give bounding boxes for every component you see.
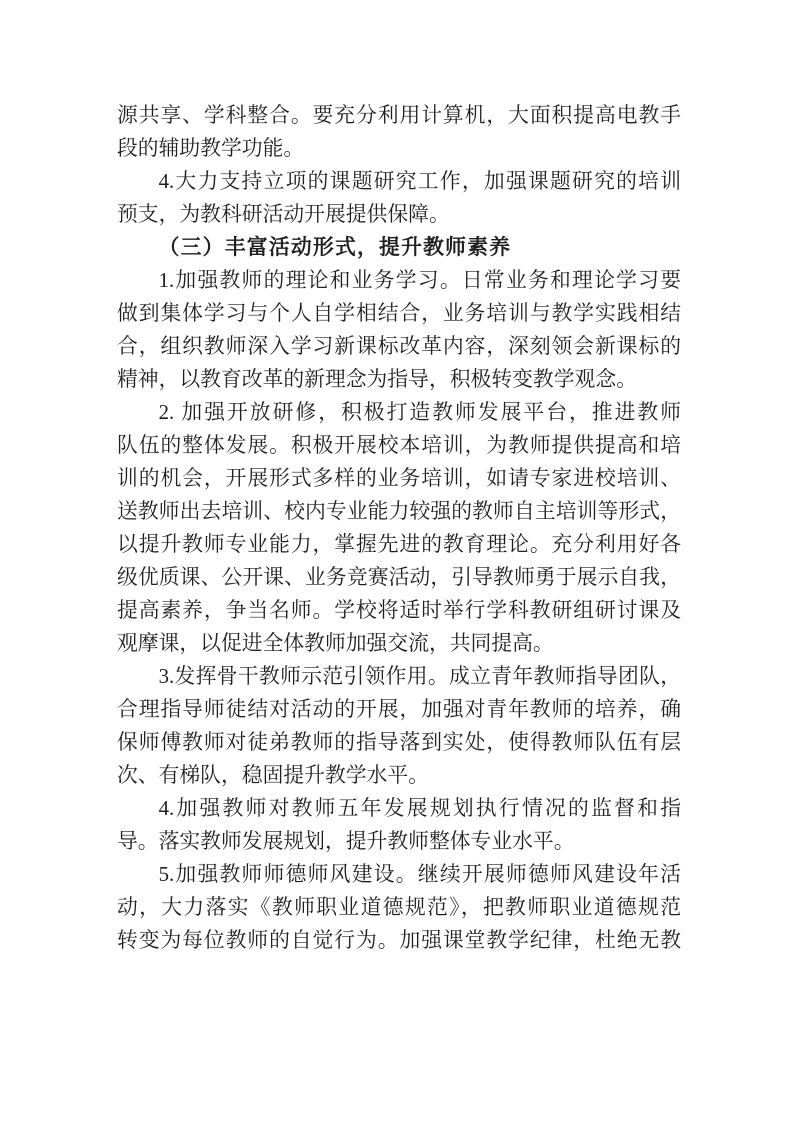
text-line: 动，大力落实《教师职业道德规范》，把教师职业道德规范 — [117, 891, 681, 924]
text-line: 2. 加强开放研修，积极打造教师发展平台，推进教师 — [117, 396, 681, 429]
text-line: 保师傅教师对徒弟教师的指导落到实处，使得教师队伍有层 — [117, 726, 681, 759]
text-line: 合理指导师徒结对活动的开展，加强对青年教师的培养，确 — [117, 693, 681, 726]
text-line: 3.发挥骨干教师示范引领作用。成立青年教师指导团队， — [117, 660, 681, 693]
text-line: 源共享、学科整合。要充分利用计算机，大面积提高电教手 — [117, 99, 681, 132]
text-line: 送教师出去培训、校内专业能力较强的教师自主培训等形式， — [117, 495, 681, 528]
text-line: 提高素养，争当名师。学校将适时举行学科教研组研讨课及 — [117, 594, 681, 627]
text-line: 训的机会，开展形式多样的业务培训，如请专家进校培训、 — [117, 462, 681, 495]
text-line: 合，组织教师深入学习新课标改革内容，深刻领会新课标的 — [117, 330, 681, 363]
text-line: 导。落实教师发展规划，提升教师整体专业水平。 — [117, 825, 681, 858]
text-line: 以提升教师专业能力，掌握先进的教育理论。充分利用好各 — [117, 528, 681, 561]
text-line: 段的辅助教学功能。 — [117, 132, 681, 165]
paragraph: 4.加强教师对教师五年发展规划执行情况的监督和指导。落实教师发展规划，提升教师整… — [117, 792, 681, 858]
paragraph: 1.加强教师的理论和业务学习。日常业务和理论学习要做到集体学习与个人自学相结合，… — [117, 264, 681, 396]
document-page: 源共享、学科整合。要充分利用计算机，大面积提高电教手段的辅助教学功能。4.大力支… — [0, 0, 793, 1122]
text-line: 精神，以教育改革的新理念为指导，积极转变教学观念。 — [117, 363, 681, 396]
text-line: 转变为每位教师的自觉行为。加强课堂教学纪律，杜绝无教 — [117, 924, 681, 957]
text-line: 次、有梯队，稳固提升教学水平。 — [117, 759, 681, 792]
text-line: 观摩课，以促进全体教师加强交流，共同提高。 — [117, 627, 681, 660]
section-heading: （三）丰富活动形式，提升教师素养 — [117, 231, 681, 264]
heading-text-line: （三）丰富活动形式，提升教师素养 — [117, 231, 681, 264]
text-line: 级优质课、公开课、业务竞赛活动，引导教师勇于展示自我， — [117, 561, 681, 594]
text-line: 预支，为教科研活动开展提供保障。 — [117, 198, 681, 231]
paragraph: 源共享、学科整合。要充分利用计算机，大面积提高电教手段的辅助教学功能。 — [117, 99, 681, 165]
paragraph: 5.加强教师师德师风建设。继续开展师德师风建设年活动，大力落实《教师职业道德规范… — [117, 858, 681, 957]
text-line: 4.加强教师对教师五年发展规划执行情况的监督和指 — [117, 792, 681, 825]
paragraph: 2. 加强开放研修，积极打造教师发展平台，推进教师队伍的整体发展。积极开展校本培… — [117, 396, 681, 660]
paragraph: 4.大力支持立项的课题研究工作，加强课题研究的培训预支，为教科研活动开展提供保障… — [117, 165, 681, 231]
text-line: 做到集体学习与个人自学相结合，业务培训与教学实践相结 — [117, 297, 681, 330]
text-line: 队伍的整体发展。积极开展校本培训，为教师提供提高和培 — [117, 429, 681, 462]
paragraph: 3.发挥骨干教师示范引领作用。成立青年教师指导团队，合理指导师徒结对活动的开展，… — [117, 660, 681, 792]
text-line: 4.大力支持立项的课题研究工作，加强课题研究的培训 — [117, 165, 681, 198]
text-line: 1.加强教师的理论和业务学习。日常业务和理论学习要 — [117, 264, 681, 297]
document-body: 源共享、学科整合。要充分利用计算机，大面积提高电教手段的辅助教学功能。4.大力支… — [117, 99, 681, 957]
text-line: 5.加强教师师德师风建设。继续开展师德师风建设年活 — [117, 858, 681, 891]
